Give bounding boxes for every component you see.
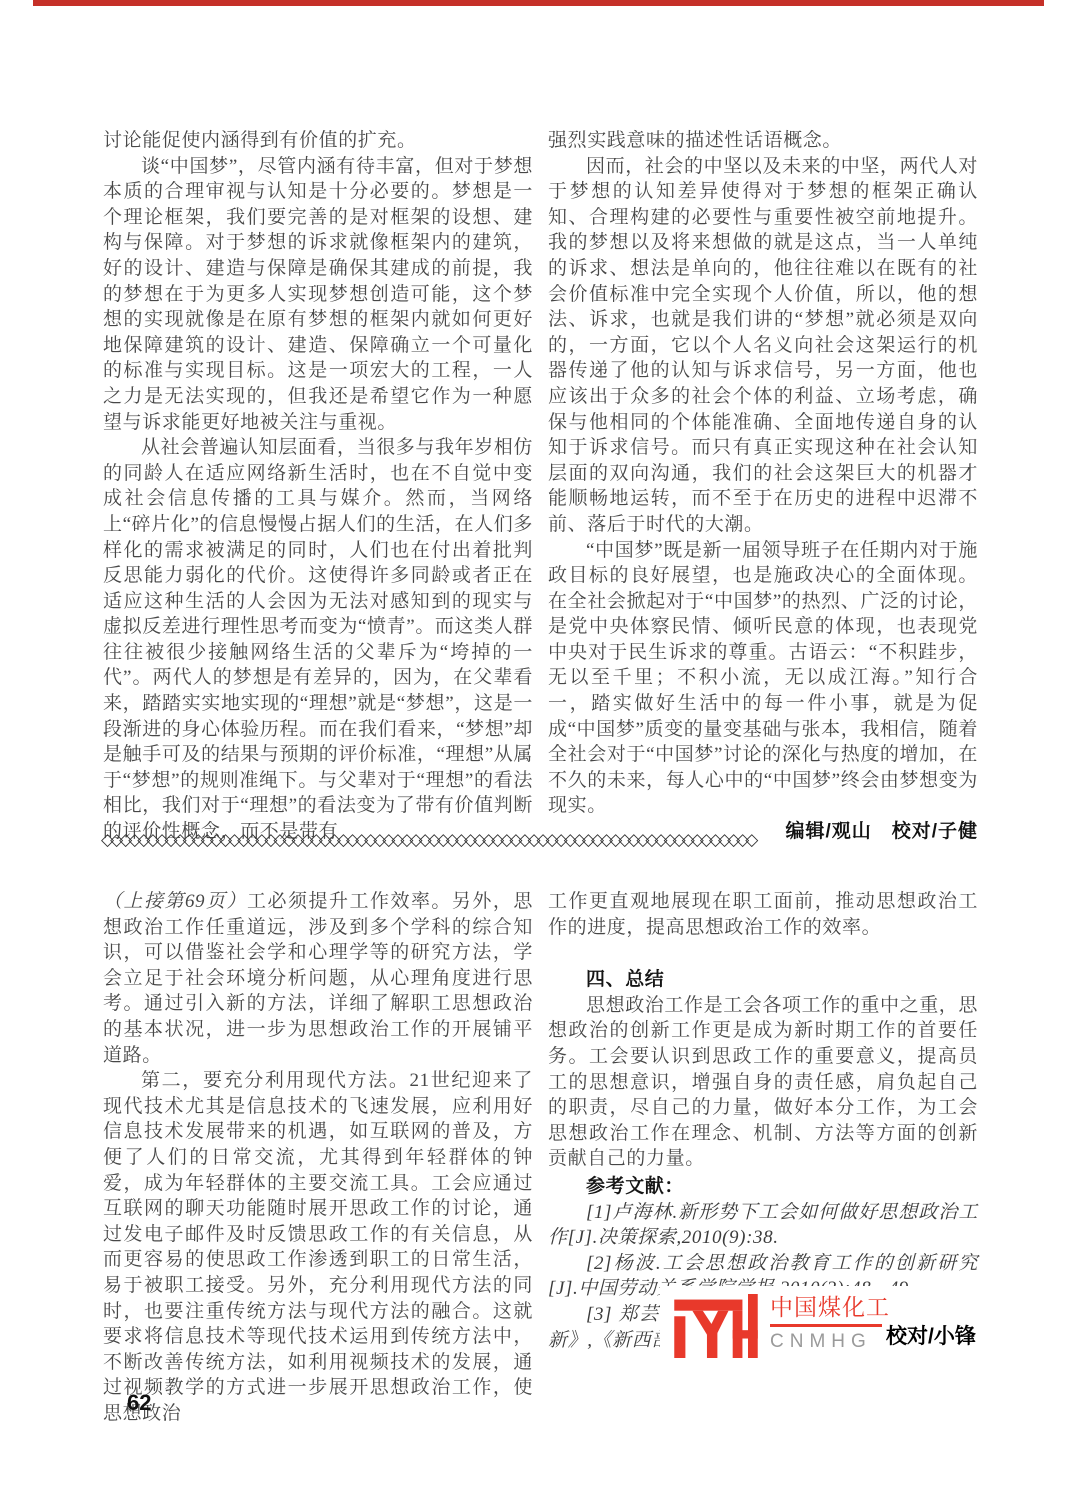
paragraph: 强烈实践意味的描述性话语概念。 xyxy=(548,128,978,154)
paragraph-text: 工必须提升工作效率。另外，思想政治工作任重道远，涉及到多个学科的综合知识，可以借… xyxy=(103,891,533,1066)
cnmhg-watermark: 中国煤化工 CNMHG 校对/小锋 xyxy=(660,1286,1008,1398)
paragraph: 第二，要充分利用现代方法。21世纪迎来了现代技术尤其是信息技术的飞速发展，应利用… xyxy=(103,1068,533,1426)
article2-left-column: （上接第69页）工必须提升工作效率。另外，思想政治工作任重道远，涉及到多个学科的… xyxy=(103,889,533,1426)
paragraph: 讨论能促使内涵得到有价值的扩充。 xyxy=(103,128,533,154)
proofreader-byline: 校对/小锋 xyxy=(886,1320,976,1350)
article2-right-column: 工作更直观地展现在职工面前，推动思想政治工作的进度，提高思想政治工作的效率。 四… xyxy=(548,889,978,1353)
continued-from-note: （上接第69页） xyxy=(103,891,247,912)
paragraph: 因而，社会的中坚以及未来的中坚，两代人对于梦想的认知差异使得对于梦想的框架正确认… xyxy=(548,154,978,538)
paragraph: 工作更直观地展现在职工面前，推动思想政治工作的进度，提高思想政治工作的效率。 xyxy=(548,889,978,940)
paragraph: 谈“中国梦”，尽管内涵有待丰富，但对于梦想本质的合理审视与认知是十分必要的。梦想… xyxy=(103,154,533,436)
section-divider: ◇◇◇◇◇◇◇◇◇◇◇◇◇◇◇◇◇◇◇◇◇◇◇◇◇◇◇◇◇◇◇◇◇◇◇◇◇◇◇◇… xyxy=(101,831,977,851)
paragraph: 从社会普遍认知层面看，当很多与我年岁相仿的同龄人在适应网络新生活时，也在不自觉中… xyxy=(103,435,533,845)
page-number: 62 xyxy=(127,1390,151,1416)
paragraph: （上接第69页）工必须提升工作效率。另外，思想政治工作任重道远，涉及到多个学科的… xyxy=(103,889,533,1068)
article1-left-column: 讨论能促使内涵得到有价值的扩充。 谈“中国梦”，尽管内涵有待丰富，但对于梦想本质… xyxy=(103,128,533,845)
paragraph: 思想政治工作是工会各项工作的重中之重，思想政治的创新工作更是成为新时期工作的首要… xyxy=(548,993,978,1172)
references-heading: 参考文献： xyxy=(548,1174,978,1200)
cnmhg-logo-icon xyxy=(674,1294,758,1358)
paragraph: “中国梦”既是新一届领导班子在任期内对于施政目标的良好展望，也是施政决心的全面体… xyxy=(548,538,978,820)
summary-section-heading: 四、总结 xyxy=(548,967,978,993)
top-red-rule xyxy=(33,0,1044,6)
reference-item: [1]卢海林.新形势下工会如何做好思想政治工作[J].决策探索,2010(9):… xyxy=(548,1200,978,1251)
brand-name-cn: 中国煤化工 xyxy=(770,1294,882,1327)
journal-page: 讨论能促使内涵得到有价值的扩充。 谈“中国梦”，尽管内涵有待丰富，但对于梦想本质… xyxy=(0,0,1077,1485)
watermark-text-block: 中国煤化工 CNMHG xyxy=(770,1294,882,1353)
article1-right-column: 强烈实践意味的描述性话语概念。 因而，社会的中坚以及未来的中坚，两代人对于梦想的… xyxy=(548,128,978,845)
brand-name-en: CNMHG xyxy=(770,1331,882,1353)
